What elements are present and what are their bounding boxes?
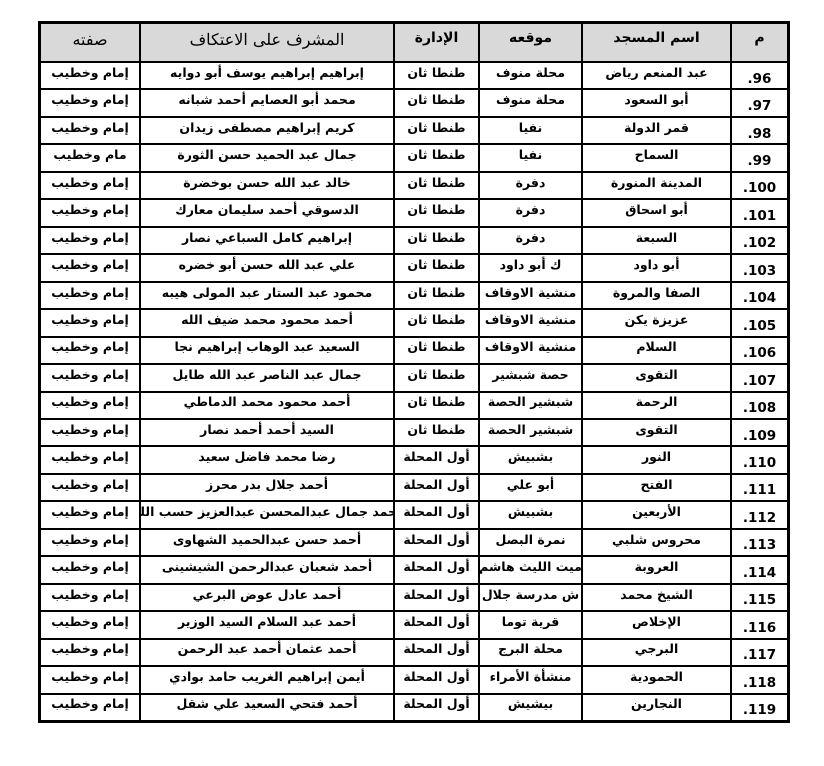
cell-supervisor: أحمد عادل عوض البرعي	[140, 584, 394, 611]
cell-location: بشبيش	[479, 501, 582, 528]
cell-location: بشبيش	[479, 446, 582, 473]
cell-row-number: .112	[731, 501, 788, 528]
cell-role: إمام وخطيب	[40, 364, 140, 391]
cell-supervisor: إبراهيم كامل السباعي نصار	[140, 227, 394, 254]
cell-mosque-name: أبو داود	[582, 254, 731, 281]
cell-mosque-name: محروس شلبي	[582, 529, 731, 556]
cell-row-number: .113	[731, 529, 788, 556]
cell-role: إمام وخطيب	[40, 309, 140, 336]
cell-location: بيشيش	[479, 694, 582, 721]
cell-supervisor: أحمد فتحي السعيد علي شقل	[140, 694, 394, 721]
cell-role: إمام وخطيب	[40, 282, 140, 309]
cell-role: مام وخطيب	[40, 144, 140, 171]
column-header-administration: الإدارة	[394, 23, 479, 62]
cell-row-number: .109	[731, 419, 788, 446]
cell-row-number: .115	[731, 584, 788, 611]
cell-role: إمام وخطيب	[40, 529, 140, 556]
cell-administration: أول المحلة	[394, 501, 479, 528]
cell-supervisor: أحمد محمود محمد الدماطي	[140, 392, 394, 419]
cell-supervisor: أحمد جمال عبدالمحسن عبدالعزيز حسب الله	[140, 501, 394, 528]
cell-supervisor: الدسوقي أحمد سليمان معارك	[140, 199, 394, 226]
cell-administration: طنطا ثان	[394, 62, 479, 89]
cell-row-number: .111	[731, 474, 788, 501]
cell-row-number: .107	[731, 364, 788, 391]
cell-supervisor: جمال عبد الحميد حسن الثورة	[140, 144, 394, 171]
column-header-number: م	[731, 23, 788, 62]
cell-row-number: .119	[731, 694, 788, 721]
cell-supervisor: أحمد عثمان أحمد عبد الرحمن	[140, 639, 394, 666]
cell-location: نفيا	[479, 117, 582, 144]
cell-mosque-name: التقوى	[582, 364, 731, 391]
cell-administration: أول المحلة	[394, 556, 479, 583]
cell-mosque-name: السبعة	[582, 227, 731, 254]
cell-role: إمام وخطيب	[40, 666, 140, 693]
cell-supervisor: محمود عبد الستار عبد المولى هيبه	[140, 282, 394, 309]
cell-administration: أول المحلة	[394, 694, 479, 721]
cell-supervisor: إبراهيم إبراهيم يوسف أبو دوايه	[140, 62, 394, 89]
cell-mosque-name: النجارين	[582, 694, 731, 721]
cell-supervisor: أحمد محمود محمد ضيف الله	[140, 309, 394, 336]
cell-supervisor: جمال عبد الناصر عبد الله طايل	[140, 364, 394, 391]
cell-location: ك أبو داود	[479, 254, 582, 281]
column-header-itikaf-supervisor: المشرف على الاعتكاف	[140, 23, 394, 62]
cell-mosque-name: أبو اسحاق	[582, 199, 731, 226]
cell-supervisor: السعيد عبد الوهاب إبراهيم نجا	[140, 337, 394, 364]
cell-supervisor: علي عبد الله حسن أبو خضره	[140, 254, 394, 281]
cell-row-number: .105	[731, 309, 788, 336]
cell-supervisor: محمد أبو العصايم أحمد شبانه	[140, 89, 394, 116]
cell-role: إمام وخطيب	[40, 474, 140, 501]
cell-administration: طنطا ثان	[394, 117, 479, 144]
cell-mosque-name: الإخلاص	[582, 611, 731, 638]
cell-administration: أول المحلة	[394, 611, 479, 638]
cell-role: إمام وخطيب	[40, 392, 140, 419]
cell-row-number: .96	[731, 62, 788, 89]
cell-supervisor: أحمد شعبان عبدالرحمن الشيشينى	[140, 556, 394, 583]
cell-role: إمام وخطيب	[40, 254, 140, 281]
cell-role: إمام وخطيب	[40, 172, 140, 199]
cell-mosque-name: البرجي	[582, 639, 731, 666]
cell-supervisor: أحمد عبد السلام السيد الوزير	[140, 611, 394, 638]
cell-administration: طنطا ثان	[394, 392, 479, 419]
cell-role: إمام وخطيب	[40, 556, 140, 583]
cell-mosque-name: الرحمة	[582, 392, 731, 419]
cell-role: إمام وخطيب	[40, 117, 140, 144]
cell-role: إمام وخطيب	[40, 62, 140, 89]
cell-location: منشية الاوقاف	[479, 282, 582, 309]
cell-location: دفرة	[479, 172, 582, 199]
cell-location: محلة البرج	[479, 639, 582, 666]
column-header-mosque-name: اسم المسجد	[582, 23, 731, 62]
cell-row-number: .117	[731, 639, 788, 666]
cell-row-number: .100	[731, 172, 788, 199]
cell-role: إمام وخطيب	[40, 419, 140, 446]
cell-mosque-name: قمر الدولة	[582, 117, 731, 144]
cell-supervisor: خالد عبد الله حسن بوخضرة	[140, 172, 394, 199]
cell-location: منشية الاوقاف	[479, 337, 582, 364]
cell-location: قرية توما	[479, 611, 582, 638]
cell-supervisor: أحمد جلال بدر محرز	[140, 474, 394, 501]
column-header-role: صفته	[40, 23, 140, 62]
cell-location: ش مدرسة جلال	[479, 584, 582, 611]
cell-row-number: .98	[731, 117, 788, 144]
cell-supervisor: أيمن إبراهيم الغريب حامد بوادي	[140, 666, 394, 693]
cell-mosque-name: النور	[582, 446, 731, 473]
cell-location: محلة منوف	[479, 89, 582, 116]
cell-row-number: .102	[731, 227, 788, 254]
cell-row-number: .101	[731, 199, 788, 226]
cell-role: إمام وخطيب	[40, 446, 140, 473]
cell-administration: طنطا ثان	[394, 172, 479, 199]
cell-location: محلة منوف	[479, 62, 582, 89]
cell-administration: طنطا ثان	[394, 254, 479, 281]
cell-location: نفيا	[479, 144, 582, 171]
cell-row-number: .108	[731, 392, 788, 419]
cell-administration: أول المحلة	[394, 639, 479, 666]
cell-supervisor: رضا محمد فاضل سعيد	[140, 446, 394, 473]
cell-role: إمام وخطيب	[40, 227, 140, 254]
cell-mosque-name: أبو السعود	[582, 89, 731, 116]
cell-administration: طنطا ثان	[394, 419, 479, 446]
cell-location: حصة شبشير	[479, 364, 582, 391]
cell-mosque-name: السلام	[582, 337, 731, 364]
cell-mosque-name: الأربعين	[582, 501, 731, 528]
cell-administration: أول المحلة	[394, 474, 479, 501]
cell-administration: طنطا ثان	[394, 364, 479, 391]
cell-row-number: .114	[731, 556, 788, 583]
cell-location: أبو علي	[479, 474, 582, 501]
cell-administration: طنطا ثان	[394, 144, 479, 171]
cell-location: ميت الليث هاشم	[479, 556, 582, 583]
column-header-location: موقعه	[479, 23, 582, 62]
cell-administration: طنطا ثان	[394, 199, 479, 226]
cell-role: إمام وخطيب	[40, 584, 140, 611]
cell-row-number: .103	[731, 254, 788, 281]
cell-administration: طنطا ثان	[394, 227, 479, 254]
cell-row-number: .99	[731, 144, 788, 171]
cell-role: إمام وخطيب	[40, 611, 140, 638]
cell-mosque-name: الصفا والمروة	[582, 282, 731, 309]
cell-mosque-name: الفتح	[582, 474, 731, 501]
cell-mosque-name: الحمودية	[582, 666, 731, 693]
cell-administration: أول المحلة	[394, 446, 479, 473]
cell-row-number: .118	[731, 666, 788, 693]
cell-role: إمام وخطيب	[40, 199, 140, 226]
cell-location: شبشير الحصة	[479, 419, 582, 446]
itikaf-supervisors-table: م اسم المسجد موقعه الإدارة المشرف على ال…	[38, 21, 790, 723]
cell-administration: طنطا ثان	[394, 309, 479, 336]
cell-row-number: .104	[731, 282, 788, 309]
cell-role: إمام وخطيب	[40, 639, 140, 666]
cell-role: إمام وخطيب	[40, 337, 140, 364]
cell-row-number: .106	[731, 337, 788, 364]
cell-mosque-name: عزيزة يكن	[582, 309, 731, 336]
cell-location: منشية الاوقاف	[479, 309, 582, 336]
cell-location: منشأة الأمراء	[479, 666, 582, 693]
cell-supervisor: كريم إبراهيم مصطفى زيدان	[140, 117, 394, 144]
cell-row-number: .110	[731, 446, 788, 473]
cell-location: شبشير الحصة	[479, 392, 582, 419]
cell-mosque-name: الشيخ محمد	[582, 584, 731, 611]
cell-row-number: .97	[731, 89, 788, 116]
cell-mosque-name: المدينة المنورة	[582, 172, 731, 199]
cell-mosque-name: السماح	[582, 144, 731, 171]
cell-supervisor: السيد أحمد أحمد نصار	[140, 419, 394, 446]
cell-administration: أول المحلة	[394, 666, 479, 693]
cell-administration: أول المحلة	[394, 529, 479, 556]
cell-supervisor: أحمد حسن عبدالحميد الشهاوى	[140, 529, 394, 556]
cell-role: إمام وخطيب	[40, 501, 140, 528]
cell-mosque-name: العروبة	[582, 556, 731, 583]
cell-row-number: .116	[731, 611, 788, 638]
cell-mosque-name: عبد المنعم رياض	[582, 62, 731, 89]
cell-location: دفرة	[479, 199, 582, 226]
cell-role: إمام وخطيب	[40, 694, 140, 721]
cell-location: نمرة البصل	[479, 529, 582, 556]
cell-role: إمام وخطيب	[40, 89, 140, 116]
cell-mosque-name: التقوى	[582, 419, 731, 446]
cell-administration: طنطا ثان	[394, 282, 479, 309]
cell-administration: أول المحلة	[394, 584, 479, 611]
cell-administration: طنطا ثان	[394, 89, 479, 116]
cell-administration: طنطا ثان	[394, 337, 479, 364]
cell-location: دفرة	[479, 227, 582, 254]
